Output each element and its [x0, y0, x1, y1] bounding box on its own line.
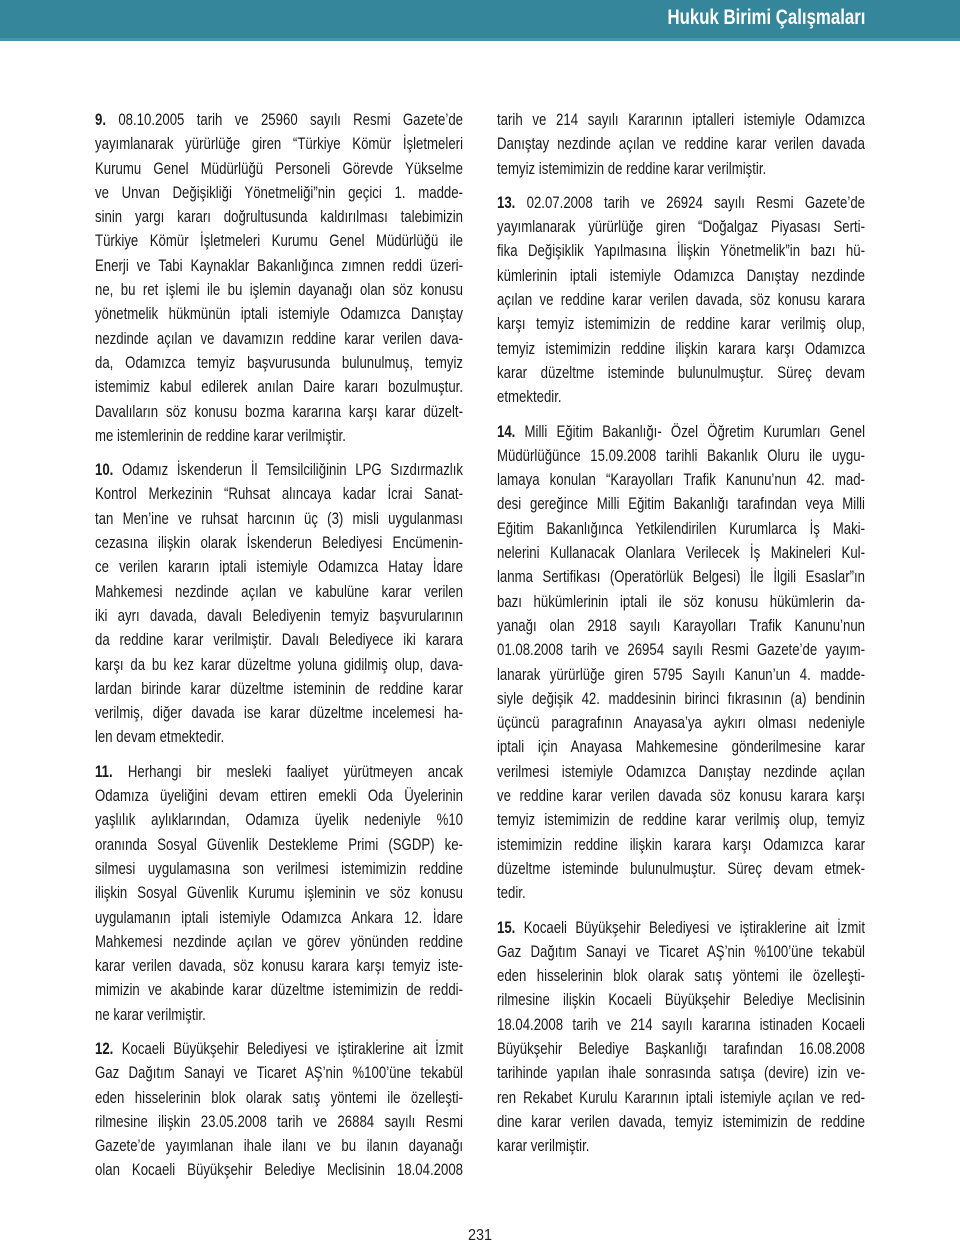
- text-line: kümlerinin iptali istemiyle Odamızca Dan…: [497, 264, 865, 288]
- paragraph-12: 12. Kocaeli Büyükşehir Belediyesi ve işt…: [95, 1037, 463, 1183]
- text-line: tarih ve 214 sayılı Kararının iptalleri …: [497, 108, 865, 132]
- text-line: ve Unvan Değişikliği Yönetmeliği”nin geç…: [95, 181, 463, 205]
- text-line: Davalıların söz konusu bozma kararına ka…: [95, 400, 463, 424]
- paragraph-number: 14.: [497, 423, 515, 441]
- text-line: dine karar verilen davada, temyiz istemi…: [497, 1110, 865, 1134]
- text-line: 18.04.2008 tarih ve 214 sayılı kararına …: [497, 1013, 865, 1037]
- text-line: Büyükşehir Belediye Başkanlığı tarafında…: [497, 1037, 865, 1061]
- text-line: karar verilen davada, söz konusu karara …: [95, 954, 463, 978]
- text-line: karşı da bu kez karar düzeltme yoluna gi…: [95, 653, 463, 677]
- text-line: sinin yargı kararı doğrultusunda kaldırı…: [95, 205, 463, 229]
- text-line: 01.08.2008 tarih ve 26954 sayılı Resmi G…: [497, 638, 865, 662]
- text-line: karar düzeltme isteminde bulunulmuştur. …: [497, 361, 865, 385]
- text-line: rilmesine ilişkin Kocaeli Büyükşehir Bel…: [497, 988, 865, 1012]
- paragraph-number: 10.: [95, 461, 113, 479]
- text-line: Gazete’de yayımlanan ihale ilanı ve bu i…: [95, 1134, 463, 1158]
- text-line: lardan birinde karar düzeltme isteminin …: [95, 677, 463, 701]
- text-line: verilmiş, diğer davada ise karar düzeltm…: [95, 701, 463, 725]
- text-line: 12. Kocaeli Büyükşehir Belediyesi ve işt…: [95, 1037, 463, 1061]
- text-line: da reddine karar verilmiştir. Davalı Bel…: [95, 628, 463, 652]
- paragraph-number: 12.: [95, 1040, 113, 1058]
- text-line: yanağı olan 2918 sayılı Karayolları Traf…: [497, 614, 865, 638]
- text-line: temyiz istemimizin de reddine karar veri…: [497, 808, 865, 832]
- text-line: Kurumu Genel Müdürlüğü Personeli Görevde…: [95, 157, 463, 181]
- text-line: lanma Sertifikası (Operatörlük Belgesi) …: [497, 565, 865, 589]
- text-line: temyiz istemimizin reddine ilişkin karar…: [497, 337, 865, 361]
- text-line: yönetmelik hükmünün iptali istemiyle Oda…: [95, 302, 463, 326]
- text-line: tedir.: [497, 881, 865, 905]
- text-line: 10. Odamız İskenderun İl Temsilciliğinin…: [95, 458, 463, 482]
- text-line: istemimiz kabul edilerek anılan Daire ka…: [95, 375, 463, 399]
- text-line: nelerini Kullanacak Olanlara Verilecek İ…: [497, 541, 865, 565]
- text-line: etmektedir.: [497, 385, 865, 409]
- text-line: silmesi uygulamasına son verilmesi istem…: [95, 857, 463, 881]
- text-line: uygulamanın iptali istemiyle Odamızca An…: [95, 906, 463, 930]
- text-line: ne, bu ret işlemi ile bu işlemin dayanağ…: [95, 278, 463, 302]
- text-line: iki ayrı davada, davalı Belediyenin temy…: [95, 604, 463, 628]
- text-line: üçüncü paragrafının Anayasa’ya aykırı ol…: [497, 711, 865, 735]
- text-line: yaşlılık aylıklarından, Odamıza üyelik n…: [95, 808, 463, 832]
- text-line: Mahkemesi nezdinde açılan ve kabulüne ka…: [95, 580, 463, 604]
- text-line: Müdürlüğünce 15.09.2008 tarihli Bakanlık…: [497, 444, 865, 468]
- text-line: 14. Milli Eğitim Bakanlığı- Özel Öğretim…: [497, 420, 865, 444]
- text-line: Eğitim Bakanlığınca Yetkilendirilen Kuru…: [497, 517, 865, 541]
- text-line: Türkiye Kömür İşletmeleri Kurumu Genel M…: [95, 229, 463, 253]
- text-line: rilmesine ilişkin 23.05.2008 tarih ve 26…: [95, 1110, 463, 1134]
- text-line: ve reddine karar verilen davada söz konu…: [497, 784, 865, 808]
- text-line: eden hisselerinin blok olarak satış yönt…: [497, 964, 865, 988]
- text-line: Kontrol Merkezinin “Ruhsat alıncaya kada…: [95, 482, 463, 506]
- text-line: Gaz Dağıtım Sanayi ve Ticaret AŞ’nin %10…: [497, 940, 865, 964]
- text-line: temyiz istemimizin de reddine karar veri…: [497, 157, 865, 181]
- text-line: fika Değişiklik Yapılmasına İlişkin Yöne…: [497, 239, 865, 263]
- text-line: mimizin ve akabinde karar düzeltme istem…: [95, 978, 463, 1002]
- text-line: Mahkemesi nezdinde açılan ve görev yönün…: [95, 930, 463, 954]
- text-line: lanarak yürürlüğe giren 5795 Sayılı Kanu…: [497, 663, 865, 687]
- paragraph-10: 10. Odamız İskenderun İl Temsilciliğinin…: [95, 458, 463, 750]
- text-line: yayımlanarak yürürlüğe giren “Türkiye Kö…: [95, 132, 463, 156]
- text-line: oranında Sosyal Güvenlik Destekleme Prim…: [95, 833, 463, 857]
- text-line: tarihinde yapılan ihale sonrasında satış…: [497, 1061, 865, 1085]
- text-line: desi gereğince Milli Eğitim Bakanlığı ta…: [497, 492, 865, 516]
- text-line: düzeltme isteminde bulunulmuştur. Süreç …: [497, 857, 865, 881]
- text-line: Gaz Dağıtım Sanayi ve Ticaret AŞ’nin %10…: [95, 1061, 463, 1085]
- text-line: olan Kocaeli Büyükşehir Belediye Meclisi…: [95, 1158, 463, 1182]
- text-line: 13. 02.07.2008 tarih ve 26924 sayılı Res…: [497, 191, 865, 215]
- text-line: karşı temyiz istemimizin de reddine kara…: [497, 312, 865, 336]
- text-line: 11. Herhangi bir mesleki faaliyet yürütm…: [95, 760, 463, 784]
- text-line: 9. 08.10.2005 tarih ve 25960 sayılı Resm…: [95, 108, 463, 132]
- text-line: ne karar verilmiştir.: [95, 1003, 463, 1027]
- paragraph-number: 15.: [497, 919, 515, 937]
- text-line: verilmesi istemiyle Odamızca Danıştay ne…: [497, 760, 865, 784]
- paragraph-15: 15. Kocaeli Büyükşehir Belediyesi ve işt…: [497, 916, 865, 1159]
- text-line: cezasına ilişkin olarak İskenderun Beled…: [95, 531, 463, 555]
- paragraph-number: 11.: [95, 763, 113, 781]
- paragraph-9: 9. 08.10.2005 tarih ve 25960 sayılı Resm…: [95, 108, 463, 448]
- page-number: 231: [48, 1227, 912, 1245]
- text-line: iptali için Anayasa Mahkemesine gönderil…: [497, 735, 865, 759]
- text-line: tan Men’ine ve ruhsat harcının üç (3) mi…: [95, 507, 463, 531]
- paragraph-continuation: tarih ve 214 sayılı Kararının iptalleri …: [497, 108, 865, 181]
- text-line: nezdinde açılan ve davamızın reddine kar…: [95, 327, 463, 351]
- text-line: siyle değişik 42. maddesinin birinci fık…: [497, 687, 865, 711]
- text-column-left: 9. 08.10.2005 tarih ve 25960 sayılı Resm…: [95, 108, 463, 1193]
- paragraph-number: 9.: [95, 111, 106, 129]
- text-line: Enerji ve Tabi Kaynaklar Bakanlığınca zı…: [95, 254, 463, 278]
- text-line: da, Odamızca temyiz başvurusunda bulunul…: [95, 351, 463, 375]
- header-bar: Hukuk Birimi Çalışmaları: [0, 0, 960, 41]
- paragraph-11: 11. Herhangi bir mesleki faaliyet yürütm…: [95, 760, 463, 1027]
- paragraph-14: 14. Milli Eğitim Bakanlığı- Özel Öğretim…: [497, 420, 865, 906]
- text-line: 15. Kocaeli Büyükşehir Belediyesi ve işt…: [497, 916, 865, 940]
- text-line: ren Rekabet Kurulu Kararının iptali iste…: [497, 1086, 865, 1110]
- text-line: istemimizin reddine ilişkin karara karşı…: [497, 833, 865, 857]
- paragraph-number: 13.: [497, 194, 515, 212]
- text-line: açılan ve reddine karar verilen davada, …: [497, 288, 865, 312]
- text-column-right: tarih ve 214 sayılı Kararının iptalleri …: [497, 108, 865, 1168]
- text-line: me istemlerinin de reddine karar verilmi…: [95, 424, 463, 448]
- text-line: Odamıza üyeliğini devam ettiren emekli O…: [95, 784, 463, 808]
- text-line: len devam etmektedir.: [95, 725, 463, 749]
- text-line: bazı hükümlerinin iptali ile söz konusu …: [497, 590, 865, 614]
- text-line: karar verilmiştir.: [497, 1134, 865, 1158]
- text-line: Danıştay nezdinde açılan ve reddine kara…: [497, 132, 865, 156]
- text-line: eden hisselerinin blok olarak satış yönt…: [95, 1086, 463, 1110]
- text-line: yayımlanarak yürürlüğe giren “Doğalgaz P…: [497, 215, 865, 239]
- text-line: ce verilen kararın iptali istemiyle Odam…: [95, 555, 463, 579]
- text-line: ilişkin Sosyal Güvenlik Kurumu işleminin…: [95, 881, 463, 905]
- paragraph-13: 13. 02.07.2008 tarih ve 26924 sayılı Res…: [497, 191, 865, 410]
- page-header-title: Hukuk Birimi Çalışmaları: [667, 6, 865, 30]
- text-line: lamaya konulan “Karayolları Trafik Kanun…: [497, 468, 865, 492]
